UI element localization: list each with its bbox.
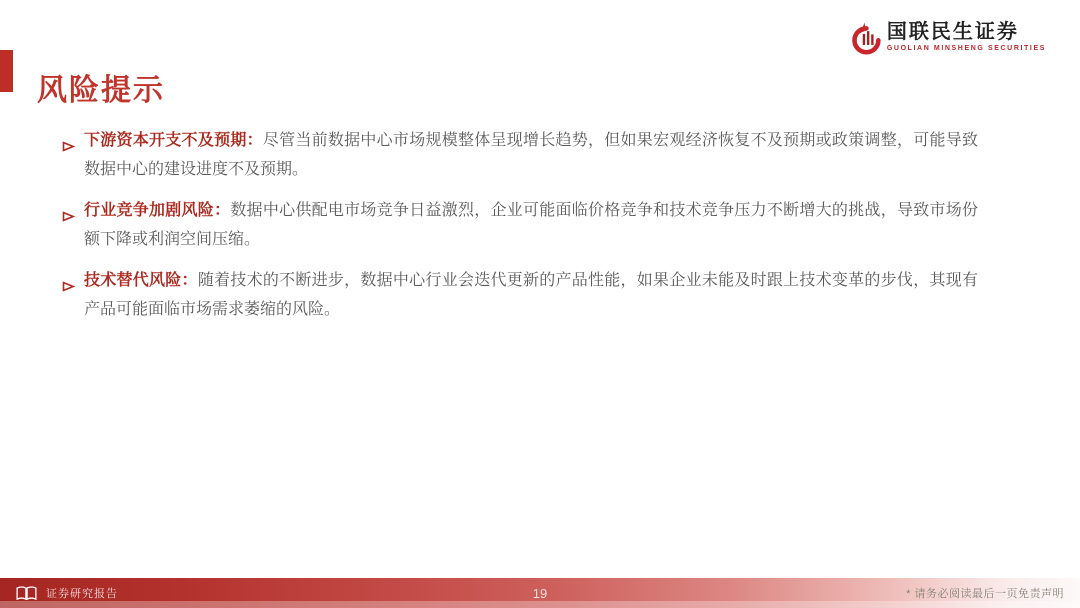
list-item: 下游资本开支不及预期：尽管当前数据中心市场规模整体呈现增长趋势，但如果宏观经济恢…	[62, 126, 978, 184]
bullet-lead: 行业竞争加剧风险：	[84, 202, 230, 219]
risk-bullet-list: 下游资本开支不及预期：尽管当前数据中心市场规模整体呈现增长趋势，但如果宏观经济恢…	[62, 126, 978, 336]
list-item: 技术替代风险：随着技术的不断进步，数据中心行业会迭代更新的产品性能，如果企业未能…	[62, 266, 978, 324]
logo-company-name: 国联民生证券	[887, 21, 1046, 44]
footer-report-type-label: 证券研究报告	[46, 585, 118, 601]
company-logo: 国联民生证券 GUOLIAN MINSHENG SECURITIES	[849, 21, 1046, 60]
footer-disclaimer: * 请务必阅读最后一页免责声明	[906, 585, 1064, 601]
bullet-lead: 下游资本开支不及预期：	[84, 132, 263, 149]
title-accent-bar	[0, 50, 13, 92]
list-item: 行业竞争加剧风险：数据中心供配电市场竞争日益激烈，企业可能面临价格竞争和技术竞争…	[62, 196, 978, 254]
footer-bar: 19 证券研究报告 * 请务必阅读最后一页免责声明	[0, 578, 1080, 608]
guolian-flame-logo-icon	[849, 22, 882, 60]
page-title: 风险提示	[37, 70, 165, 112]
bullet-body: 随着技术的不断进步，数据中心行业会迭代更新的产品性能，如果企业未能及时跟上技术变…	[84, 272, 978, 318]
arrowhead-right-icon	[62, 274, 75, 303]
bullet-text: 行业竞争加剧风险：数据中心供配电市场竞争日益激烈，企业可能面临价格竞争和技术竞争…	[84, 196, 978, 254]
logo-text: 国联民生证券 GUOLIAN MINSHENG SECURITIES	[887, 21, 1046, 52]
open-book-icon	[16, 586, 37, 601]
logo-company-subtitle: GUOLIAN MINSHENG SECURITIES	[887, 45, 1046, 52]
bullet-text: 下游资本开支不及预期：尽管当前数据中心市场规模整体呈现增长趋势，但如果宏观经济恢…	[84, 126, 978, 184]
bullet-text: 技术替代风险：随着技术的不断进步，数据中心行业会迭代更新的产品性能，如果企业未能…	[84, 266, 978, 324]
arrowhead-right-icon	[62, 204, 75, 233]
bullet-lead: 技术替代风险：	[84, 272, 198, 289]
footer-report-type: 证券研究报告	[16, 585, 118, 601]
arrowhead-right-icon	[62, 134, 75, 163]
